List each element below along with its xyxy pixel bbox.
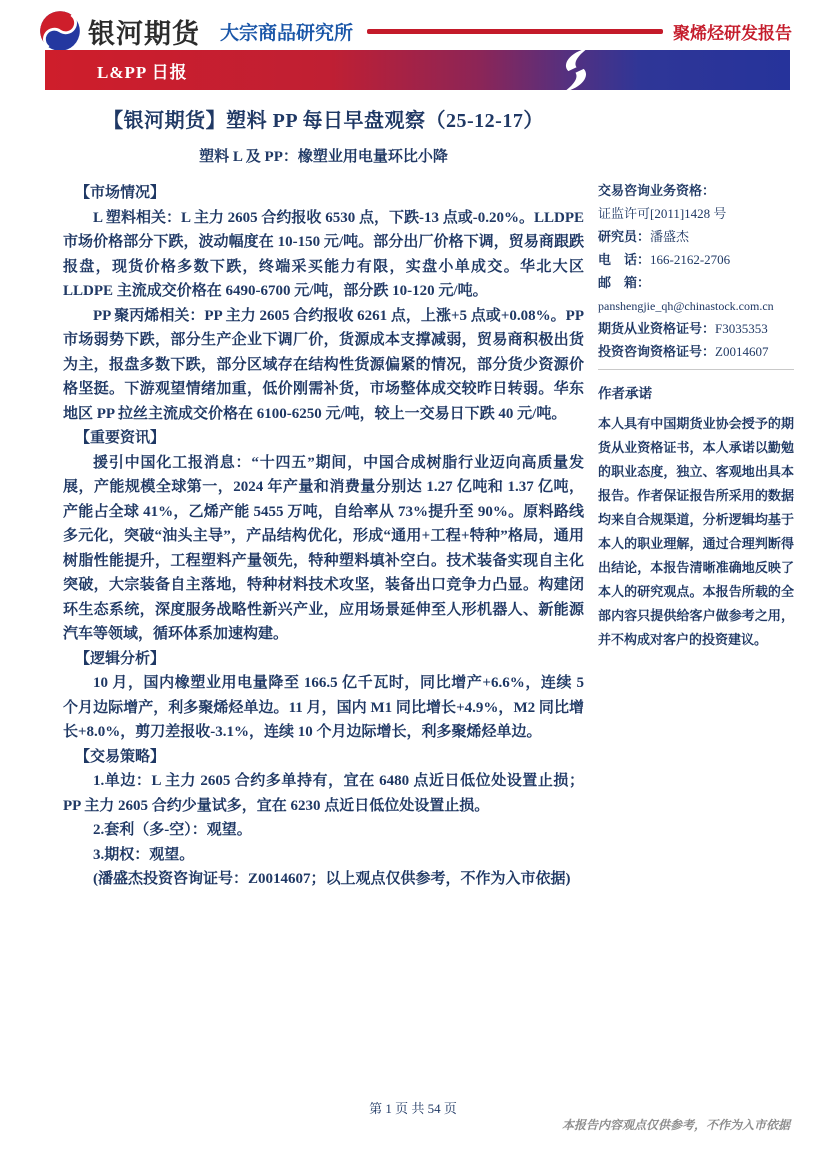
paragraph-strategy-unilateral: 1.单边：L 主力 2605 合约多单持有，宜在 6480 点近日低位处设置止损… <box>63 769 584 818</box>
sidebar-qualification-value: 证监许可[2011]1428 号 <box>598 206 794 222</box>
author-promise-heading: 作者承诺 <box>598 382 794 402</box>
footer-disclaimer: 本报告内容观点仅供参考，不作为入市依据 <box>562 1116 790 1133</box>
department-name: 大宗商品研究所 <box>220 18 353 45</box>
sidebar: 交易咨询业务资格： 证监许可[2011]1428 号 研究员：潘盛杰 电 话：1… <box>598 183 794 652</box>
report-page: 银河期货 大宗商品研究所 聚烯烃研发报告 L&PP 日报 【银河期货】塑料 PP… <box>0 0 826 1169</box>
report-tag: 聚烯烃研发报告 <box>673 19 792 44</box>
galaxy-logo-icon <box>38 9 82 53</box>
banner: L&PP 日报 <box>45 50 790 90</box>
paragraph-strategy-arbitrage: 2.套利（多-空）：观望。 <box>63 818 584 843</box>
paragraph-strategy-note: (潘盛杰投资咨询证号：Z0014607；以上观点仅供参考，不作为入市依据) <box>63 867 584 892</box>
sidebar-email-label: 邮 箱： <box>598 275 794 291</box>
paragraph-logic: 10 月，国内橡塑业用电量降至 166.5 亿千瓦时，同比增产+6.6%，连续 … <box>63 671 584 745</box>
section-logic: 【逻辑分析】 10 月，国内橡塑业用电量降至 166.5 亿千瓦时，同比增产+6… <box>63 647 584 745</box>
report-title: 【银河期货】塑料 PP 每日早盘观察（25-12-17） <box>63 106 584 136</box>
header: 银河期货 大宗商品研究所 聚烯烃研发报告 <box>38 8 792 54</box>
section-news: 【重要资讯】 援引中国化工报消息：“十四五”期间，中国合成树脂行业迈向高质量发展… <box>63 426 584 647</box>
paragraph-market-l: L 塑料相关：L 主力 2605 合约报收 6530 点，下跌-13 点或-0.… <box>63 206 584 304</box>
sidebar-researcher: 研究员：潘盛杰 <box>598 229 794 245</box>
section-heading-market: 【市场情况】 <box>63 181 584 206</box>
sidebar-phone: 电 话：166-2162-2706 <box>598 252 794 268</box>
paragraph-market-pp: PP 聚丙烯相关：PP 主力 2605 合约报收 6261 点，上涨+5 点或+… <box>63 304 584 427</box>
sidebar-advisory-license: 投资咨询资格证号：Z0014607 <box>598 344 794 360</box>
section-market: 【市场情况】 L 塑料相关：L 主力 2605 合约报收 6530 点，下跌-1… <box>63 181 584 426</box>
section-heading-logic: 【逻辑分析】 <box>63 647 584 672</box>
report-subtitle: 塑料 L 及 PP：橡塑业用电量环比小降 <box>63 146 584 168</box>
sidebar-divider <box>598 369 794 370</box>
main-content: 【银河期货】塑料 PP 每日早盘观察（25-12-17） 塑料 L 及 PP：橡… <box>63 102 584 892</box>
section-heading-strategy: 【交易策略】 <box>63 745 584 770</box>
banner-title: L&PP 日报 <box>97 58 188 83</box>
sidebar-futures-license: 期货从业资格证号：F3035353 <box>598 321 794 337</box>
author-promise-text: 本人具有中国期货业协会授予的期货从业资格证书，本人承诺以勤勉的职业态度，独立、客… <box>598 412 794 652</box>
footer-page-number: 第 1 页 共 54 页 <box>0 1098 826 1117</box>
company-name: 银河期货 <box>88 12 200 51</box>
sidebar-email-value: panshengjie_qh@chinastock.com.cn <box>598 298 794 314</box>
section-heading-news: 【重要资讯】 <box>63 426 584 451</box>
paragraph-strategy-options: 3.期权：观望。 <box>63 843 584 868</box>
paragraph-news: 援引中国化工报消息：“十四五”期间，中国合成树脂行业迈向高质量发展，产能规模全球… <box>63 451 584 647</box>
sidebar-qualification-label: 交易咨询业务资格： <box>598 183 794 199</box>
section-strategy: 【交易策略】 1.单边：L 主力 2605 合约多单持有，宜在 6480 点近日… <box>63 745 584 892</box>
banner-swoosh-icon <box>560 48 592 92</box>
header-rule <box>367 29 663 34</box>
